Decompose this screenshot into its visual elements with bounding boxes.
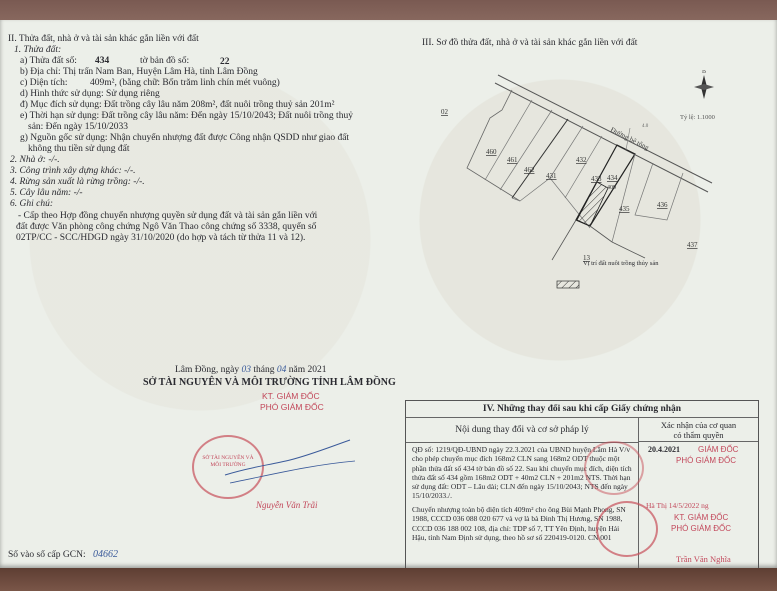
changes-table: IV. Những thay đổi sau khi cấp Giấy chứn… <box>405 400 759 572</box>
entry2-signer: Trần Văn Nghĩa <box>676 554 731 564</box>
issue-date: Lâm Đồng, ngày 03 tháng 04 năm 2021 <box>175 365 326 376</box>
section-ii-title: II. Thửa đất, nhà ở và tài sản khác gắn … <box>8 34 199 45</box>
entry2-role1: KT. GIÁM ĐỐC <box>674 513 728 522</box>
col-header-confirm-line2: có thẩm quyền <box>639 430 758 440</box>
svg-text:431: 431 <box>546 172 557 180</box>
svg-text:4.0: 4.0 <box>642 124 649 129</box>
scale-label: Tỷ lệ: 1.1000 <box>680 114 715 121</box>
section-iii-title: III. Sơ đồ thửa đất, nhà ở và tài sản kh… <box>422 38 637 49</box>
svg-text:460: 460 <box>486 148 497 156</box>
certificate-page: II. Thửa đất, nhà ở và tài sản khác gắn … <box>0 20 777 568</box>
entry2-stamp <box>596 501 658 557</box>
svg-text:435: 435 <box>619 205 630 213</box>
year-label: năm 2021 <box>289 365 327 375</box>
entry2-role2: PHÓ GIÁM ĐỐC <box>671 524 731 533</box>
col-header-confirm-line1: Xác nhận của cơ quan <box>639 420 758 430</box>
usage-term-cont: sản: Đến ngày 15/10/2033 <box>28 122 128 133</box>
registry-number: 04662 <box>93 549 118 560</box>
signer-name: Nguyễn Văn Trãi <box>256 500 318 510</box>
parcel-map: Đường bê tông 4.0 02 460 461 462 431 432… <box>440 70 730 290</box>
area-value: 409m², (bằng chữ: Bốn trăm linh chín mét… <box>90 78 280 89</box>
date-day: 03 <box>242 365 252 375</box>
col-header-confirm: Xác nhận của cơ quan có thẩm quyền <box>639 418 758 442</box>
entry1-role2: PHÓ GIÁM ĐỐC <box>676 456 736 465</box>
construction-item: 3. Công trình xây dựng khác: -/-. <box>10 166 136 177</box>
svg-text:436: 436 <box>657 201 668 209</box>
svg-text:432: 432 <box>576 156 587 164</box>
col-header-content: Nội dung thay đổi và cơ sở pháp lý <box>406 418 639 443</box>
note-line: đất được Văn phòng công chứng Ngô Văn Th… <box>16 222 316 233</box>
svg-text:437: 437 <box>687 241 698 249</box>
table-edge <box>0 568 777 591</box>
svg-text:B: B <box>702 70 706 75</box>
area-label: c) Diện tích: <box>20 78 67 89</box>
land-heading: 1. Thửa đất: <box>14 45 61 56</box>
address: b) Địa chỉ: Thị trấn Nam Ban, Huyện Lâm … <box>20 67 258 78</box>
svg-text:02: 02 <box>441 108 449 116</box>
note-line: 02TP/CC - SCC/HDGD ngày 31/10/2020 (do h… <box>16 233 305 244</box>
usage-origin: g) Nguồn gốc sử dụng: Nhận chuyển nhượng… <box>20 133 349 144</box>
role-deputy-director: PHÓ GIÁM ĐỐC <box>260 402 324 412</box>
trees-item: 5. Cây lâu năm: -/- <box>10 188 83 199</box>
entry1-confirm-date: 20.4.2021 <box>648 445 680 454</box>
entry1-stamp <box>584 441 644 495</box>
svg-text:409: 409 <box>607 185 616 191</box>
parcel-number-label: a) Thửa đất số: <box>20 56 77 67</box>
entry2-confirm-date: Hà Thị 14/5/2022 ng <box>646 501 709 510</box>
month-label: tháng <box>253 365 274 375</box>
changes-title: IV. Những thay đổi sau khi cấp Giấy chứn… <box>406 401 758 418</box>
map-legend: Vị trí đất nuôi trồng thủy sản <box>583 260 658 267</box>
role-kt-director: KT. GIÁM ĐỐC <box>262 391 320 401</box>
signature-scribble <box>220 435 360 495</box>
date-month: 04 <box>277 365 287 375</box>
map-sheet-label: tờ bản đồ số: <box>140 56 189 67</box>
notes-heading: 6. Ghi chú: <box>10 199 53 210</box>
entry1-role1: GIÁM ĐỐC <box>698 445 738 454</box>
usage-term: e) Thời hạn sử dụng: Đất trồng cây lâu n… <box>20 111 353 122</box>
registry-label: Số vào sổ cấp GCN: <box>8 550 86 561</box>
svg-text:433: 433 <box>591 175 602 183</box>
svg-text:434: 434 <box>607 174 618 182</box>
forest-item: 4. Rừng sản xuất là rừng trồng: -/-. <box>10 177 145 188</box>
parcel-number: 434 <box>95 56 109 67</box>
usage-origin-cont: không thu tiền sử dụng đất <box>28 144 129 155</box>
usage-form: d) Hình thức sử dụng: Sử dụng riêng <box>20 89 160 100</box>
date-prefix: Lâm Đồng, ngày <box>175 365 239 375</box>
usage-purpose: đ) Mục đích sử dụng: Đất trồng cây lâu n… <box>20 100 335 111</box>
svg-text:461: 461 <box>507 156 518 164</box>
house-item: 2. Nhà ở: -/-. <box>10 155 60 166</box>
note-line: - Cấp theo Hợp đồng chuyển nhượng quyền … <box>18 211 317 222</box>
agency-name: SỞ TÀI NGUYÊN VÀ MÔI TRƯỜNG TỈNH LÂM ĐỒN… <box>143 377 396 388</box>
svg-text:462: 462 <box>524 166 535 174</box>
